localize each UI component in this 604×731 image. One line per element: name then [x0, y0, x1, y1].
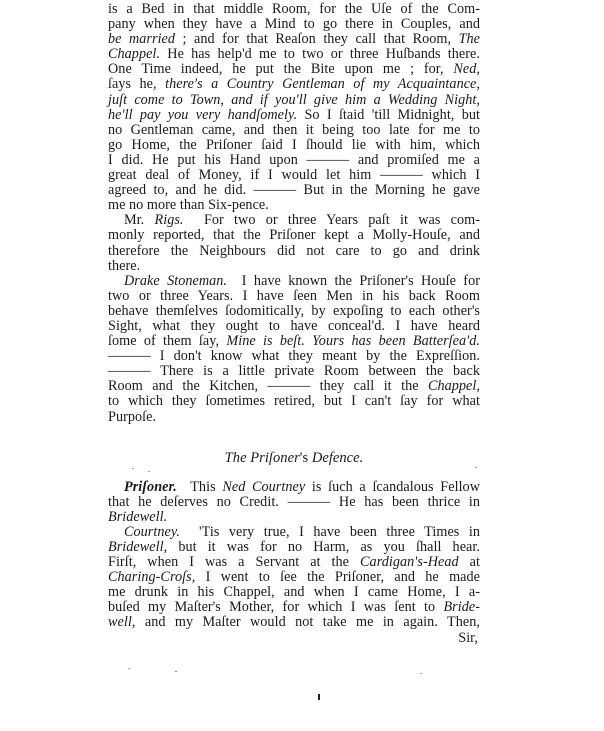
text-line: there.	[108, 259, 480, 274]
scan-speck	[175, 671, 177, 672]
text-line: be married ; and for that Reaſon they ca…	[108, 32, 480, 47]
text-line: One Time indeed, he put the Bite upon me…	[108, 62, 480, 77]
text-line: therefore the Neighbours did not care to…	[108, 244, 480, 259]
text-line: monly reported, that the Priſoner kept a…	[108, 228, 480, 243]
scan-speck	[475, 467, 477, 468]
text-line: Priſoner. This Ned Courtney is ſuch a ſc…	[108, 480, 480, 495]
text-line: Mr. Rigs. For two or three Years paſt it…	[108, 213, 480, 228]
text-line: pany when they have a Mind to go there i…	[108, 17, 480, 32]
testimony-stoneman: Drake Stoneman. I have known the Priſone…	[108, 274, 480, 425]
text-line: Drake Stoneman. I have known the Priſone…	[108, 274, 480, 289]
text-line: Bridewell.	[108, 510, 480, 525]
scan-speck	[148, 471, 150, 472]
text-line: Firſt, when I was a Servant at the Cardi…	[108, 555, 480, 570]
spacer	[108, 466, 480, 480]
text-line: buſed my Maſter's Mother, for which I wa…	[108, 600, 480, 615]
defence-prisoner: Priſoner. This Ned Courtney is ſuch a ſc…	[108, 480, 480, 525]
text-line: great deal of Money, if I would let him …	[108, 168, 480, 183]
scan-speck	[420, 673, 422, 674]
testimony-rigs: Mr. Rigs. For two or three Years paſt it…	[108, 213, 480, 273]
text-line: to which they ſometimes retired, but I c…	[108, 394, 480, 409]
spacer	[108, 425, 480, 451]
text-line: two or three Years. I have ſeen Men in h…	[108, 289, 480, 304]
text-line: Purpoſe.	[108, 410, 480, 425]
text-line: ——— There is a little private Room betwe…	[108, 364, 480, 379]
text-line: Courtney. 'Tis very true, I have been th…	[108, 525, 480, 540]
text-line: is a Bed in that middle Room, for the Uſ…	[108, 2, 480, 17]
catchword: Sir,	[108, 631, 480, 646]
text-line: me drunk in his Chappel, and when I came…	[108, 585, 480, 600]
speaker-name: Mr.	[124, 212, 154, 228]
text-line: Chappel. He has help'd me to two or thre…	[108, 47, 480, 62]
text-line: behave themſelves ſodomitically, by expo…	[108, 304, 480, 319]
text-line: he'll pay you very handſomely. So I ſtai…	[108, 108, 480, 123]
text-line: ——— I don't know what they meant by the …	[108, 349, 480, 364]
text-line: that he deſerves no Credit. ——— He has b…	[108, 495, 480, 510]
text-line: Charing-Croſs, I went to ſee the Priſone…	[108, 570, 480, 585]
text-line: Room and the Kitchen, ——— they call it t…	[108, 379, 480, 394]
text-line: I did. He put his Hand upon ——— and prom…	[108, 153, 480, 168]
text-line: no Gentleman came, and then it being too…	[108, 123, 480, 138]
speaker-name-italic: Rigs.	[154, 212, 183, 228]
speaker-name: Priſoner.	[124, 479, 177, 495]
paragraph-continuation: is a Bed in that middle Room, for the Uſ…	[108, 2, 480, 213]
text-line: juſt come to Town, and if you'll give hi…	[108, 93, 480, 108]
speaker-name: Courtney.	[124, 524, 180, 540]
defence-courtney: Courtney. 'Tis very true, I have been th…	[108, 525, 480, 631]
text-line: agreed to, and he did. ——— But in the Mo…	[108, 183, 480, 198]
scan-speck	[132, 468, 134, 469]
text-line: ſays he, there's a Country Gentleman of …	[108, 77, 480, 92]
text-line: me no more than Six-pence.	[108, 198, 480, 213]
book-page: is a Bed in that middle Room, for the Uſ…	[108, 2, 480, 646]
scan-speck	[128, 668, 130, 669]
text-line: Sight, what they ought to have conceal'd…	[108, 319, 480, 334]
text-line: well, and my Maſter would not take me in…	[108, 615, 480, 630]
text-line: Bridewell, but it was for no Harm, as yo…	[108, 540, 480, 555]
speaker-name: Drake Stoneman.	[124, 273, 227, 289]
printers-mark	[318, 694, 320, 700]
text-line: go Home, the Priſoner ſaid I ſhould lie …	[108, 138, 480, 153]
section-heading: The Priſoner's Defence.	[108, 451, 480, 466]
text-line: ſome of them ſay, Mine is beſt. Yours ha…	[108, 334, 480, 349]
